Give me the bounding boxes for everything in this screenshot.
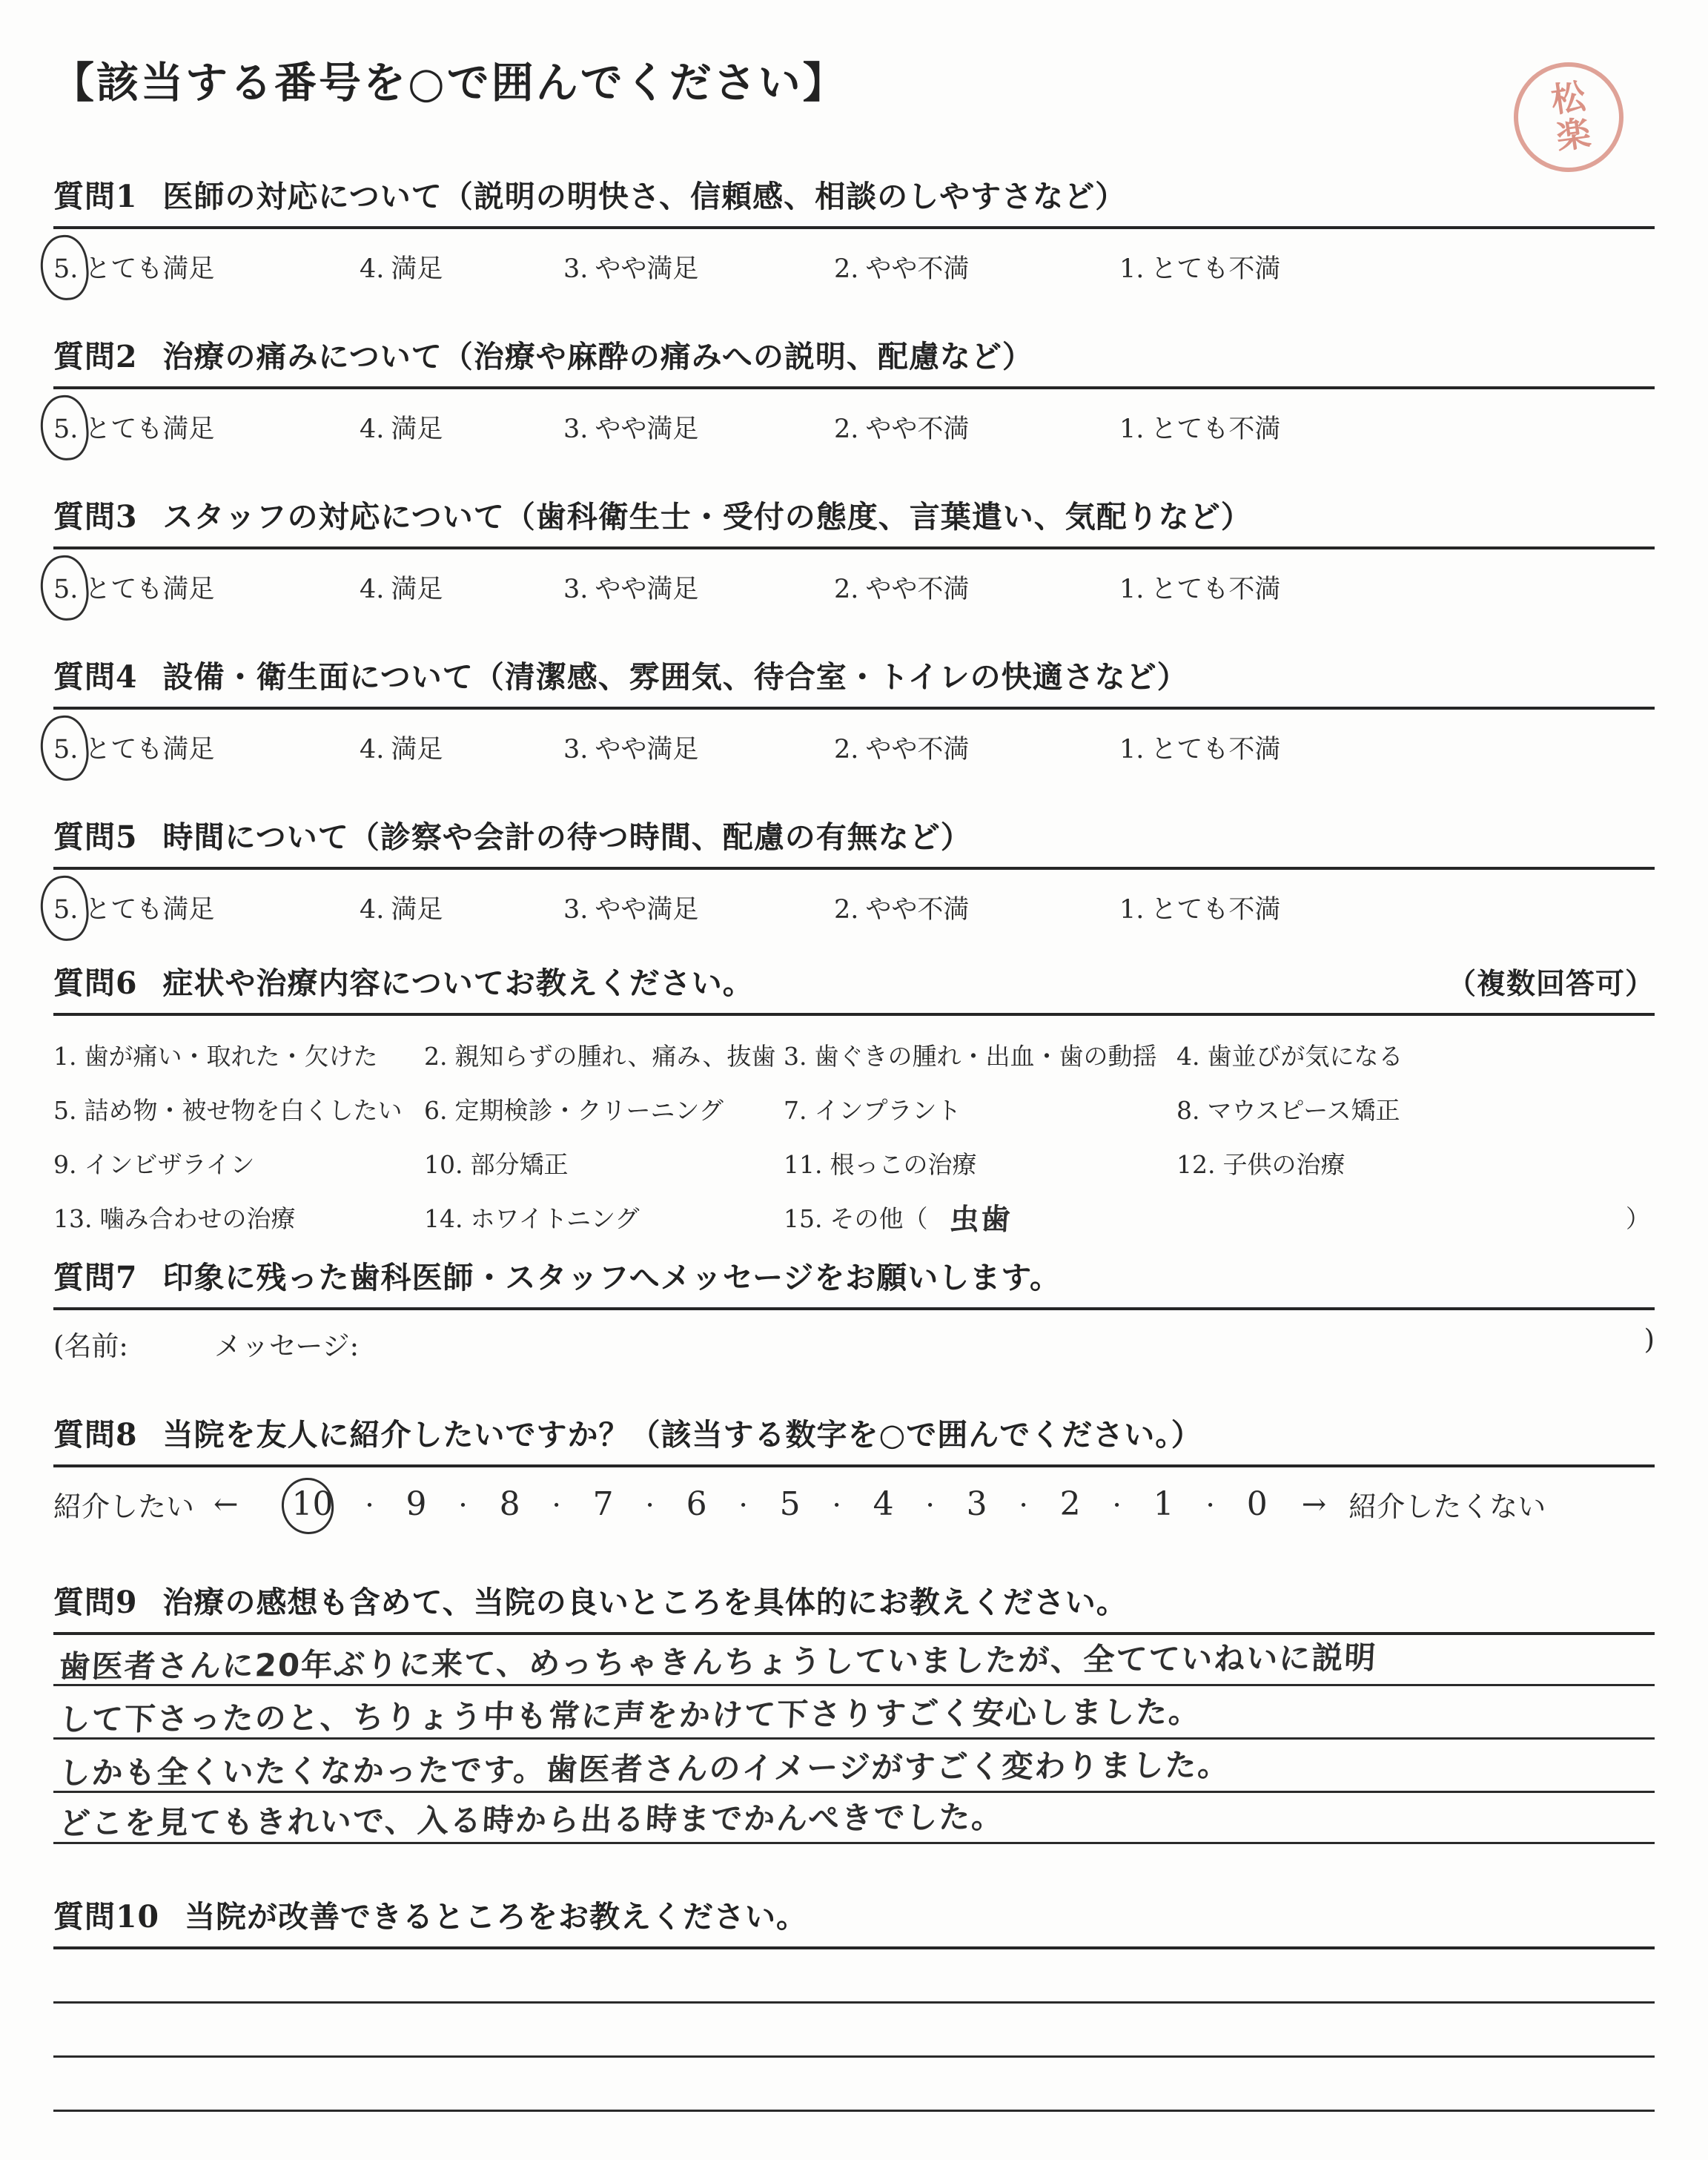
question-10-block: 質問10当院が改善できるところをお教えください。: [53, 1892, 1655, 2160]
option-label: やや満足: [595, 735, 698, 764]
answer-line-1: 歯医者さんに20年ぶりに来て、めっちゃきんちょうしていましたが、全てていねいに説…: [53, 1635, 1655, 1686]
option-number: 4.: [360, 254, 384, 284]
rating-option-4: 4.満足: [360, 409, 563, 446]
option-number: 5.: [53, 1096, 77, 1125]
option-number: 4.: [360, 895, 384, 925]
handwritten-text: しかも全くいたくなかったです。歯医者さんのイメージがすごく変わりました。: [58, 1740, 1231, 1793]
question-6-block: 質問6症状や治療内容についてお教えください。 （複数回答可） 1.歯が痛い・取れ…: [53, 959, 1655, 1244]
rating-option-4: 4.満足: [360, 729, 563, 766]
question-9-title: 質問9治療の感想も含めて、当院の良いところを具体的にお教えください。: [53, 1578, 1128, 1622]
blank-answer-line-1: [53, 1949, 1655, 2004]
rating-option-2: 2.やや不満: [834, 889, 1119, 926]
handwritten-text: 歯医者さんに20年ぶりに来て、めっちゃきんちょうしていましたが、全てていねいに説…: [58, 1634, 1378, 1687]
option-number: 10.: [424, 1150, 463, 1179]
scale-number-9: 9: [406, 1485, 427, 1523]
question-7-heading: 質問7印象に残った歯科医師・スタッフへメッセージをお願いします。: [53, 1253, 1655, 1310]
question-5-title: 質問5時間について（診察や会計の待つ時間、配慮の有無など）: [53, 813, 972, 856]
scale-number-8: 8: [500, 1485, 520, 1523]
option-number: 1.: [53, 1042, 77, 1071]
question-topic: 時間について（診察や会計の待つ時間、配慮の有無など）: [163, 819, 972, 855]
question-topic: 治療の感想も含めて、当院の良いところを具体的にお教えください。: [163, 1585, 1128, 1620]
close-paren: ）: [1626, 1200, 1650, 1235]
question-topic: スタッフの対応について（歯科衛生士・受付の態度、言葉遣い、気配りなど）: [163, 499, 1252, 535]
rating-option-1: 1.とても不満: [1119, 409, 1655, 446]
option-label: 歯ぐきの腫れ・出血・歯の動揺: [815, 1042, 1157, 1071]
option-label: 歯並びが気になる: [1208, 1042, 1403, 1071]
symptom-option-13: 13.噛み合わせの治療: [53, 1200, 424, 1235]
rating-option-2: 2.やや不満: [834, 569, 1119, 606]
option-number: 9.: [53, 1150, 77, 1179]
left-arrow-icon: ←: [213, 1487, 239, 1522]
option-number: 4.: [1176, 1042, 1200, 1071]
option-label: インビザライン: [85, 1150, 255, 1179]
question-4-options: 5.とても満足 4.満足 3.やや満足 2.やや不満 1.とても不満: [53, 710, 1655, 766]
option-number: 1.: [1119, 254, 1144, 284]
multiple-answers-note: （複数回答可）: [1447, 961, 1655, 1003]
scale-number-7: 7: [593, 1485, 614, 1523]
scale-left-label: 紹介したい: [53, 1484, 194, 1525]
option-label: その他（: [830, 1204, 927, 1233]
rating-option-3: 3.やや満足: [563, 569, 834, 606]
option-number: 2.: [834, 735, 858, 764]
question-topic: 設備・衛生面について（清潔感、雰囲気、待合室・トイレの快適さなど）: [163, 659, 1188, 695]
option-number: 12.: [1176, 1150, 1215, 1179]
option-number: 4.: [360, 415, 384, 444]
rating-option-5: 5.とても満足: [53, 248, 360, 285]
option-label: 部分矯正: [470, 1150, 568, 1179]
question-4-block: 質問4設備・衛生面について（清潔感、雰囲気、待合室・トイレの快適さなど） 5.と…: [53, 653, 1655, 766]
option-label: 子供の治療: [1222, 1150, 1345, 1179]
option-number: 2.: [834, 575, 858, 604]
rating-option-3: 3.やや満足: [563, 409, 834, 446]
option-label: マウスピース矯正: [1208, 1096, 1400, 1125]
option-number: 1.: [1119, 895, 1144, 925]
answer-line-3: しかも全くいたくなかったです。歯医者さんのイメージがすごく変わりました。: [53, 1740, 1655, 1793]
symptom-option-10: 10.部分矯正: [424, 1146, 784, 1180]
symptom-option-14: 14.ホワイトニング: [424, 1200, 784, 1235]
question-topic: 医師の対応について（説明の明快さ、信頼感、相談のしやすさなど）: [163, 179, 1127, 214]
question-5-block: 質問5時間について（診察や会計の待つ時間、配慮の有無など） 5.とても満足 4.…: [53, 813, 1655, 926]
symptom-option-4: 4.歯並びが気になる: [1176, 1037, 1655, 1072]
question-4-title: 質問4設備・衛生面について（清潔感、雰囲気、待合室・トイレの快適さなど）: [53, 653, 1188, 696]
question-2-title: 質問2治療の痛みについて（治療や麻酔の痛みへの説明、配慮など）: [53, 332, 1033, 376]
option-number: 4.: [360, 575, 384, 604]
option-label: やや満足: [595, 575, 698, 604]
option-label: やや満足: [595, 254, 698, 284]
circled-answer-5: 5.: [53, 254, 78, 284]
option-label: 満足: [391, 735, 443, 764]
scale-dot: ・: [733, 1490, 754, 1519]
question-3-options: 5.とても満足 4.満足 3.やや満足 2.やや不満 1.とても不満: [53, 549, 1655, 606]
rating-option-5: 5.とても満足: [53, 729, 360, 766]
question-number: 質問6: [53, 965, 138, 1001]
option-number: 14.: [424, 1204, 463, 1233]
option-number: 11.: [784, 1150, 822, 1179]
symptom-option-9: 9.インビザライン: [53, 1146, 424, 1180]
scale-dot: ・: [920, 1490, 941, 1519]
scale-dot: ・: [1107, 1490, 1128, 1519]
rating-option-2: 2.やや不満: [834, 409, 1119, 446]
option-label: とても満足: [85, 575, 214, 604]
blank-answer-line-4: [53, 2112, 1655, 2160]
question-8-title: 質問8当院を友人に紹介したいですか？（該当する数字を○で囲んでください。）: [53, 1410, 1202, 1454]
question-9-block: 質問9治療の感想も含めて、当院の良いところを具体的にお教えください。 歯医者さん…: [53, 1578, 1655, 1844]
rating-option-1: 1.とても不満: [1119, 248, 1655, 285]
question-topic: 当院が改善できるところをお教えください。: [185, 1899, 807, 1935]
rating-option-4: 4.満足: [360, 889, 563, 926]
option-label: やや不満: [865, 254, 969, 284]
rating-option-4: 4.満足: [360, 248, 563, 285]
rating-option-5: 5.とても満足: [53, 889, 360, 926]
option-number: 3.: [563, 735, 588, 764]
option-number: 1.: [1119, 735, 1144, 764]
question-5-heading: 質問5時間について（診察や会計の待つ時間、配慮の有無など）: [53, 813, 1655, 870]
question-7-answer-line: (名前: メッセージ: ): [53, 1310, 1655, 1364]
page-title: 【該当する番号を○で囲んでください】: [52, 49, 847, 110]
question-topic: 治療の痛みについて（治療や麻酔の痛みへの説明、配慮など）: [163, 339, 1033, 374]
question-2-block: 質問2治療の痛みについて（治療や麻酔の痛みへの説明、配慮など） 5.とても満足 …: [53, 332, 1655, 446]
rating-option-3: 3.やや満足: [563, 248, 834, 285]
question-topic: 当院を友人に紹介したいですか？（該当する数字を○で囲んでください。）: [163, 1417, 1202, 1453]
symptom-option-7: 7.インプラント: [784, 1091, 1176, 1126]
question-1-options: 5.とても満足 4.満足 3.やや満足 2.やや不満 1.とても不満: [53, 229, 1655, 285]
question-5-options: 5.とても満足 4.満足 3.やや満足 2.やや不満 1.とても不満: [53, 870, 1655, 926]
option-number: 3.: [563, 415, 588, 444]
rating-option-3: 3.やや満足: [563, 889, 834, 926]
scale-number-2: 2: [1060, 1485, 1081, 1523]
question-number: 質問3: [53, 499, 138, 535]
option-number: 4.: [360, 735, 384, 764]
question-number: 質問10: [53, 1899, 159, 1935]
question-2-options: 5.とても満足 4.満足 3.やや満足 2.やや不満 1.とても不満: [53, 389, 1655, 446]
option-label: 親知らずの腫れ、痛み、抜歯: [455, 1042, 776, 1071]
answer-line-2: して下さったのと、ちりょう中も常に声をかけて下さりすごく安心しました。: [53, 1686, 1655, 1740]
question-3-heading: 質問3スタッフの対応について（歯科衛生士・受付の態度、言葉遣い、気配りなど）: [53, 492, 1655, 549]
close-paren: ): [1644, 1324, 1655, 1364]
question-number: 質問8: [53, 1417, 138, 1453]
question-number: 質問7: [53, 1260, 138, 1295]
option-number: 13.: [53, 1204, 92, 1233]
option-label: とても不満: [1151, 254, 1280, 284]
rating-option-1: 1.とても不満: [1119, 569, 1655, 606]
symptom-option-3: 3.歯ぐきの腫れ・出血・歯の動揺: [784, 1037, 1176, 1072]
scale-dot: ・: [546, 1490, 567, 1519]
circled-answer-5: 5.: [53, 895, 78, 925]
question-8-block: 質問8当院を友人に紹介したいですか？（該当する数字を○で囲んでください。） 紹介…: [53, 1410, 1655, 1525]
option-label: 満足: [391, 415, 443, 444]
scale-dot: ・: [360, 1490, 380, 1519]
rating-option-1: 1.とても不満: [1119, 889, 1655, 926]
rating-option-1: 1.とても不満: [1119, 729, 1655, 766]
option-number: 3.: [563, 254, 588, 284]
question-2-heading: 質問2治療の痛みについて（治療や麻酔の痛みへの説明、配慮など）: [53, 332, 1655, 389]
circled-answer-5: 5.: [53, 735, 78, 764]
approval-stamp: 松楽: [1506, 55, 1630, 179]
circled-answer-5: 5.: [53, 575, 78, 604]
option-label: やや満足: [595, 895, 698, 925]
option-number: 15.: [784, 1204, 822, 1233]
symptom-option-15-other: 15.その他（ 虫歯 ）: [784, 1196, 1655, 1238]
option-label: 噛み合わせの治療: [99, 1204, 295, 1233]
option-number: 1.: [1119, 575, 1144, 604]
symptom-option-8: 8.マウスピース矯正: [1176, 1091, 1655, 1126]
question-10-title: 質問10当院が改善できるところをお教えください。: [53, 1892, 807, 1936]
option-number: 3.: [563, 575, 588, 604]
question-7-block: 質問7印象に残った歯科医師・スタッフへメッセージをお願いします。 (名前: メッ…: [53, 1253, 1655, 1364]
rating-option-2: 2.やや不満: [834, 248, 1119, 285]
scale-dot: ・: [1013, 1490, 1034, 1519]
option-number: 2.: [834, 895, 858, 925]
question-1-title: 質問1医師の対応について（説明の明快さ、信頼感、相談のしやすさなど）: [53, 172, 1126, 216]
option-label: ホワイトニング: [470, 1204, 639, 1233]
message-field-label: メッセージ:: [214, 1324, 359, 1364]
option-number: 6.: [424, 1096, 448, 1125]
option-label: やや不満: [865, 735, 969, 764]
option-number: 7.: [784, 1096, 807, 1125]
answer-line-4: どこを見てもきれいで、入る時から出る時までかんぺきでした。: [53, 1793, 1655, 1844]
option-label: 満足: [391, 895, 443, 925]
scale-number-5: 5: [780, 1485, 801, 1523]
option-label: やや不満: [865, 895, 969, 925]
option-label: とても満足: [85, 415, 214, 444]
option-label: とても満足: [85, 254, 214, 284]
option-label: 満足: [391, 575, 443, 604]
symptom-option-1: 1.歯が痛い・取れた・欠けた: [53, 1037, 424, 1072]
question-8-heading: 質問8当院を友人に紹介したいですか？（該当する数字を○で囲んでください。）: [53, 1410, 1655, 1467]
other-option-label: 15.その他（: [784, 1200, 927, 1235]
blank-answer-line-2: [53, 2004, 1655, 2058]
option-label: 根っこの治療: [830, 1150, 976, 1179]
handwritten-text: どこを見てもきれいで、入る時から出る時までかんぺきでした。: [58, 1793, 1004, 1844]
option-number: 2.: [834, 254, 858, 284]
question-number: 質問2: [53, 339, 138, 374]
option-number: 1.: [1119, 415, 1144, 444]
question-6-heading: 質問6症状や治療内容についてお教えください。 （複数回答可）: [53, 959, 1655, 1016]
question-6-title: 質問6症状や治療内容についてお教えください。: [53, 959, 754, 1003]
scale-dot: ・: [1200, 1490, 1221, 1519]
question-number: 質問5: [53, 819, 138, 855]
question-number: 質問4: [53, 659, 138, 695]
question-topic: 印象に残った歯科医師・スタッフへメッセージをお願いします。: [163, 1260, 1061, 1295]
scale-dot: ・: [453, 1490, 474, 1519]
option-label: やや不満: [865, 415, 969, 444]
option-number: 8.: [1176, 1096, 1200, 1125]
option-number: 2.: [834, 415, 858, 444]
option-number: 3.: [784, 1042, 807, 1071]
question-3-title: 質問3スタッフの対応について（歯科衛生士・受付の態度、言葉遣い、気配りなど）: [53, 492, 1252, 536]
option-label: とても不満: [1151, 895, 1280, 925]
rating-option-4: 4.満足: [360, 569, 563, 606]
scale-number-3: 3: [967, 1485, 987, 1523]
symptom-option-11: 11.根っこの治療: [784, 1146, 1176, 1180]
option-label: 満足: [391, 254, 443, 284]
scale-number-1: 1: [1153, 1485, 1174, 1523]
scale-number-0: 0: [1247, 1485, 1268, 1523]
option-label: やや不満: [865, 575, 969, 604]
symptom-option-5: 5.詰め物・被せ物を白くしたい: [53, 1091, 424, 1126]
option-label: 歯が痛い・取れた・欠けた: [85, 1042, 378, 1071]
option-label: とても不満: [1151, 415, 1280, 444]
blank-answer-line-3: [53, 2058, 1655, 2112]
rating-option-5: 5.とても満足: [53, 409, 360, 446]
option-label: やや満足: [595, 415, 698, 444]
option-label: インプラント: [815, 1096, 961, 1125]
question-6-options: 1.歯が痛い・取れた・欠けた 2.親知らずの腫れ、痛み、抜歯 3.歯ぐきの腫れ・…: [53, 1016, 1655, 1244]
circled-answer-10: 10: [292, 1485, 334, 1523]
symptom-option-6: 6.定期検診・クリーニング: [424, 1091, 784, 1126]
option-label: とても不満: [1151, 575, 1280, 604]
scale-dot: ・: [640, 1490, 661, 1519]
option-number: 3.: [563, 895, 588, 925]
handwritten-text: して下さったのと、ちりょう中も常に声をかけて下さりすごく安心しました。: [58, 1688, 1202, 1740]
nps-scale-row: 紹介したい ← 10・9・8・7・6・5・4・3・2・1・0 → 紹介したくない: [53, 1467, 1655, 1525]
scale-number-6: 6: [686, 1485, 707, 1523]
option-label: 定期検診・クリーニング: [455, 1096, 724, 1125]
scale-right-label: 紹介したくない: [1348, 1484, 1546, 1525]
option-label: とても満足: [85, 895, 214, 925]
nps-scale-numbers: 10・9・8・7・6・5・4・3・2・1・0: [277, 1485, 1282, 1523]
question-7-title: 質問7印象に残った歯科医師・スタッフへメッセージをお願いします。: [53, 1253, 1061, 1297]
question-9-heading: 質問9治療の感想も含めて、当院の良いところを具体的にお教えください。: [53, 1578, 1655, 1635]
right-arrow-icon: →: [1302, 1487, 1327, 1522]
question-number: 質問9: [53, 1585, 138, 1620]
handwritten-other-answer: 虫歯: [949, 1196, 1013, 1239]
rating-option-2: 2.やや不満: [834, 729, 1119, 766]
question-1-block: 質問1医師の対応について（説明の明快さ、信頼感、相談のしやすさなど） 5.とても…: [53, 172, 1655, 285]
name-field-label: (名前:: [53, 1324, 128, 1364]
option-label: 詰め物・被せ物を白くしたい: [85, 1096, 403, 1125]
question-4-heading: 質問4設備・衛生面について（清潔感、雰囲気、待合室・トイレの快適さなど）: [53, 653, 1655, 710]
rating-option-5: 5.とても満足: [53, 569, 360, 606]
option-label: とても満足: [85, 735, 214, 764]
stamp-kanji: 松楽: [1539, 77, 1598, 157]
scale-number-4: 4: [873, 1485, 894, 1523]
option-label: とても不満: [1151, 735, 1280, 764]
question-1-heading: 質問1医師の対応について（説明の明快さ、信頼感、相談のしやすさなど）: [53, 172, 1655, 229]
question-3-block: 質問3スタッフの対応について（歯科衛生士・受付の態度、言葉遣い、気配りなど） 5…: [53, 492, 1655, 606]
survey-form-page: 【該当する番号を○で囲んでください】 松楽 質問1医師の対応について（説明の明快…: [0, 0, 1708, 2160]
symptom-option-2: 2.親知らずの腫れ、痛み、抜歯: [424, 1037, 784, 1072]
scale-dot: ・: [827, 1490, 847, 1519]
question-number: 質問1: [53, 179, 138, 214]
rating-option-3: 3.やや満足: [563, 729, 834, 766]
circled-answer-5: 5.: [53, 415, 78, 444]
question-topic: 症状や治療内容についてお教えください。: [163, 965, 754, 1001]
option-number: 2.: [424, 1042, 448, 1071]
symptom-option-12: 12.子供の治療: [1176, 1146, 1655, 1180]
question-10-heading: 質問10当院が改善できるところをお教えください。: [53, 1892, 1655, 1949]
